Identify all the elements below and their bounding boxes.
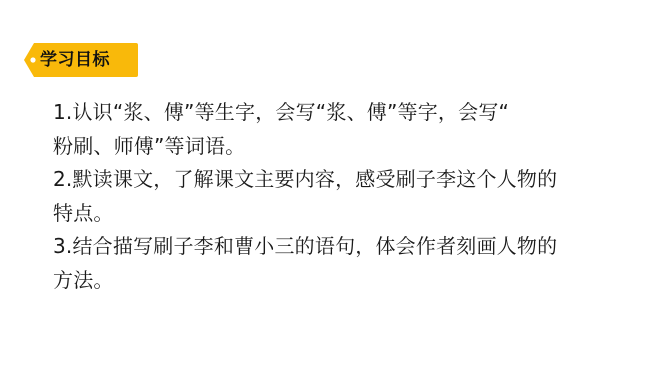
objective-1-line-2: 粉刷、师傅”等词语。 [53, 130, 653, 164]
section-title: 学习目标 [40, 42, 110, 78]
objective-2-line-2: 特点。 [53, 197, 653, 231]
section-tag: 学习目标 [24, 42, 139, 78]
objective-1-line-1: 1.认识“浆、傅”等生字，会写“浆、傅”等字，会写“ [53, 96, 653, 130]
objective-2-line-1: 2.默读课文，了解课文主要内容，感受刷子李这个人物的 [53, 163, 653, 197]
objectives-list: 1.认识“浆、傅”等生字，会写“浆、傅”等字，会写“ 粉刷、师傅”等词语。 2.… [53, 96, 653, 297]
objective-3-line-1: 3.结合描写刷子李和曹小三的语句，体会作者刻画人物的 [53, 230, 653, 264]
objective-3-line-2: 方法。 [53, 264, 653, 298]
